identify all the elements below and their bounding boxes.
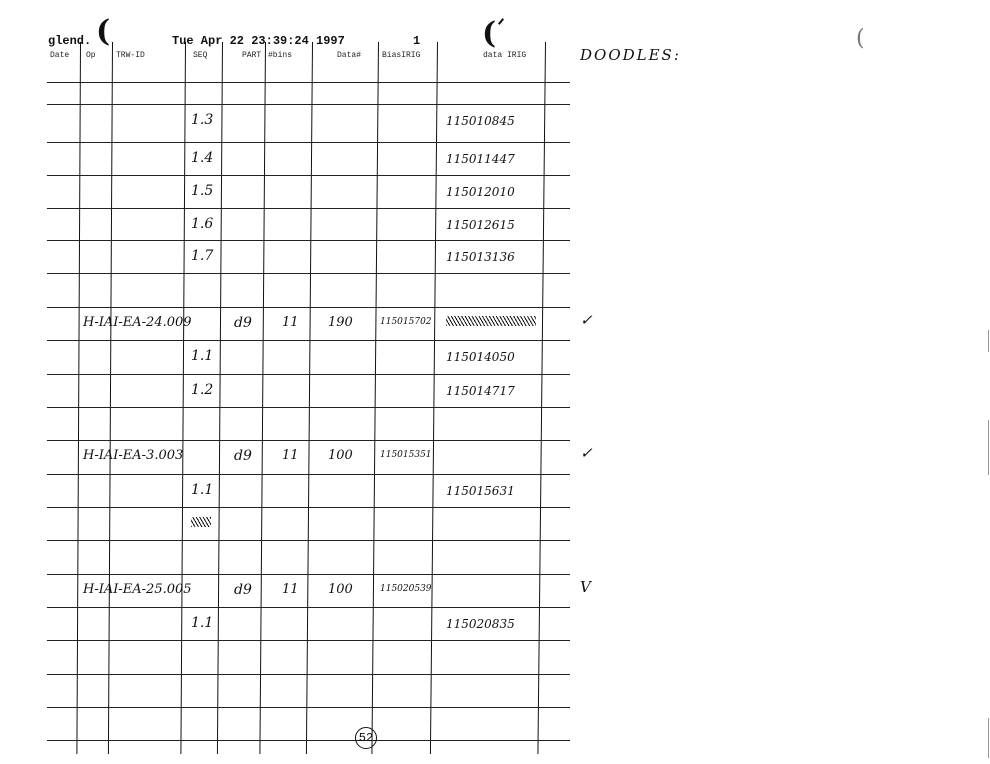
row-divider bbox=[47, 574, 570, 575]
cell-part: d9 bbox=[234, 315, 252, 331]
column-divider bbox=[537, 42, 546, 754]
column-divider bbox=[430, 42, 438, 754]
row-divider bbox=[47, 607, 570, 608]
cell-data-irig: 115011447 bbox=[446, 152, 515, 166]
cell-data-number: 100 bbox=[328, 582, 353, 597]
cell-bins: 11 bbox=[282, 315, 299, 330]
print-datetime: Tue Apr 22 23:39:24 1997 bbox=[172, 34, 345, 48]
scribbled-out-mark bbox=[191, 517, 211, 527]
cell-trw-id: H-IAI-EA-3.003 bbox=[83, 448, 183, 463]
cell-data-irig: 115013136 bbox=[446, 250, 515, 264]
cell-bias-irig: 115015702 bbox=[380, 317, 432, 327]
handwritten-tick-mark bbox=[498, 18, 504, 25]
scribbled-out-mark bbox=[446, 316, 536, 326]
row-divider bbox=[47, 640, 570, 641]
row-divider bbox=[47, 273, 570, 274]
row-divider bbox=[47, 142, 570, 143]
row-divider bbox=[47, 707, 570, 708]
row-divider bbox=[47, 507, 570, 508]
handwritten-paren-mark: ( bbox=[856, 26, 865, 51]
row-divider bbox=[47, 307, 570, 308]
cell-data-number: 100 bbox=[328, 448, 353, 463]
column-divider bbox=[259, 42, 266, 754]
cell-seq: 1.1 bbox=[191, 348, 213, 364]
cell-data-irig: 115012615 bbox=[446, 218, 515, 232]
host-label: glend. bbox=[48, 34, 91, 48]
cell-trw-id: H-IAI-EA-24.009 bbox=[83, 315, 192, 330]
row-divider bbox=[47, 340, 570, 341]
column-header-trw-id: TRW-ID bbox=[116, 51, 145, 60]
cell-seq: 1.1 bbox=[191, 615, 213, 631]
cell-part: d9 bbox=[234, 582, 252, 598]
cell-data-irig: 115012010 bbox=[446, 185, 515, 199]
cell-seq: 1.5 bbox=[191, 183, 213, 199]
row-divider bbox=[47, 474, 570, 475]
column-divider bbox=[306, 42, 313, 754]
row-divider bbox=[47, 540, 570, 541]
row-divider bbox=[47, 175, 570, 176]
doodles-note: DOODLES: bbox=[580, 46, 681, 64]
row-check-mark: ✓ bbox=[580, 311, 593, 329]
column-divider bbox=[180, 42, 186, 754]
cell-data-irig: 115014717 bbox=[446, 384, 515, 398]
column-header-biasirig: BiasIRIG bbox=[382, 51, 420, 60]
row-divider bbox=[47, 374, 570, 375]
column-header-data-irig: data IRIG bbox=[483, 51, 526, 60]
cell-bins: 11 bbox=[282, 448, 299, 463]
row-divider bbox=[47, 240, 570, 241]
cell-data-irig bbox=[446, 316, 536, 329]
row-divider bbox=[47, 104, 570, 105]
page-number: 1 bbox=[413, 34, 420, 48]
handwritten-paren-mark: ( bbox=[482, 16, 496, 51]
row-divider bbox=[47, 740, 570, 741]
cell-bias-irig: 115020539 bbox=[380, 584, 432, 594]
cell-seq: 1.7 bbox=[191, 248, 213, 264]
cell-seq: 1.1 bbox=[191, 482, 213, 498]
cell-data-irig: 115010845 bbox=[446, 114, 515, 128]
row-divider bbox=[47, 82, 570, 83]
row-divider bbox=[47, 407, 570, 408]
scan-edge-mark bbox=[988, 330, 989, 352]
cell-seq: 1.4 bbox=[191, 150, 213, 166]
column-header-date: Date bbox=[50, 51, 69, 60]
row-check-mark: V bbox=[580, 578, 591, 596]
cell-seq bbox=[191, 515, 211, 531]
column-divider bbox=[108, 42, 113, 754]
column-header-part: PART bbox=[242, 51, 261, 60]
row-divider bbox=[47, 208, 570, 209]
column-divider bbox=[217, 42, 223, 754]
row-divider bbox=[47, 440, 570, 441]
cell-seq: 1.3 bbox=[191, 112, 213, 128]
cell-bias-irig: 115015351 bbox=[380, 450, 432, 460]
cell-data-irig: 115020835 bbox=[446, 617, 515, 631]
column-header-op: Op bbox=[86, 51, 96, 60]
column-header-seq: SEQ bbox=[193, 51, 207, 60]
cell-data-irig: 115015631 bbox=[446, 484, 515, 498]
cell-seq: 1.6 bbox=[191, 216, 213, 232]
page-marker-circled: 52 bbox=[355, 727, 377, 749]
column-divider bbox=[371, 42, 379, 754]
cell-bins: 11 bbox=[282, 582, 299, 597]
cell-data-irig: 115014050 bbox=[446, 350, 515, 364]
cell-seq: 1.2 bbox=[191, 382, 213, 398]
column-divider bbox=[76, 42, 81, 754]
scan-edge-mark bbox=[988, 420, 989, 475]
handwritten-paren-mark: ( bbox=[96, 14, 110, 49]
cell-data-number: 190 bbox=[328, 315, 353, 330]
row-divider bbox=[47, 674, 570, 675]
column-header-bins: #bins bbox=[268, 51, 292, 60]
scan-edge-mark bbox=[988, 718, 989, 758]
row-check-mark: ✓ bbox=[580, 444, 593, 462]
cell-part: d9 bbox=[234, 448, 252, 464]
column-header-data: Data# bbox=[337, 51, 361, 60]
cell-trw-id: H-IAI-EA-25.005 bbox=[83, 582, 192, 597]
